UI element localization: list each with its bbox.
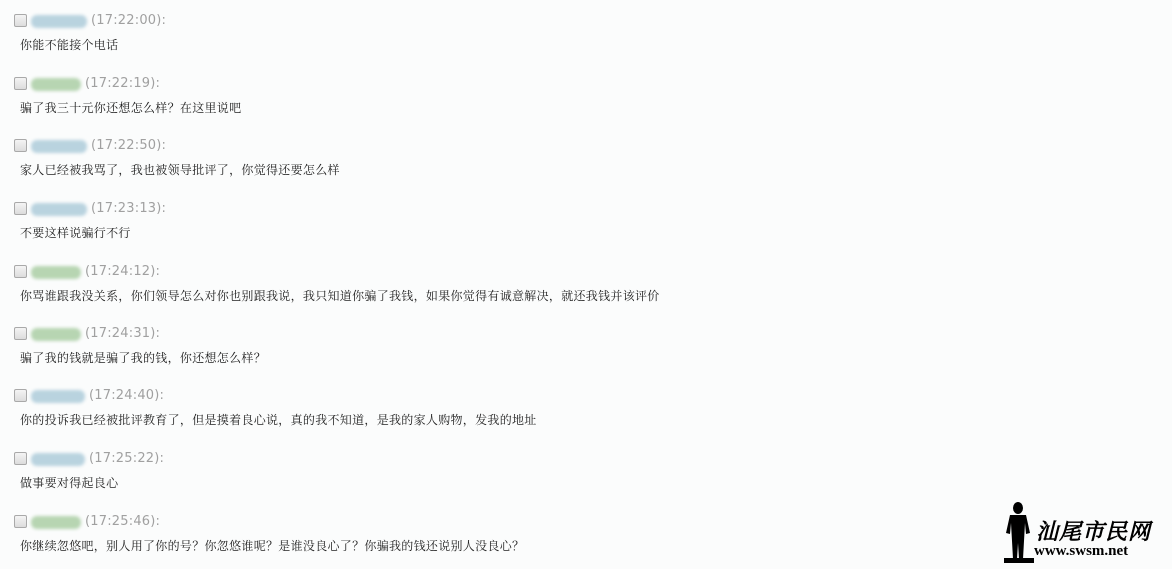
select-message-checkbox[interactable] <box>14 139 27 152</box>
person-silhouette-icon <box>1004 501 1034 563</box>
select-message-checkbox[interactable] <box>14 389 27 402</box>
watermark-url: www.swsm.net <box>1034 543 1128 560</box>
redacted-sender-name <box>31 78 81 91</box>
select-message-checkbox[interactable] <box>14 452 27 465</box>
redacted-sender-name <box>31 266 81 279</box>
redacted-sender-name <box>31 328 81 341</box>
redacted-sender-name <box>31 203 87 216</box>
chat-message: (17:24:31): 骗了我的钱就是骗了我的钱，你还想怎么样？ <box>0 321 1000 383</box>
select-message-checkbox[interactable] <box>14 77 27 90</box>
message-text: 你能不能接个电话 <box>20 36 118 53</box>
message-timestamp: (17:25:22): <box>89 451 164 466</box>
message-timestamp: (17:24:31): <box>85 326 160 341</box>
select-message-checkbox[interactable] <box>14 265 27 278</box>
redacted-sender-name <box>31 15 87 28</box>
message-timestamp: (17:22:19): <box>85 76 160 91</box>
redacted-sender-name <box>31 140 87 153</box>
message-text: 你继续忽悠吧，别人用了你的号？你忽悠谁呢？是谁没良心了？你骗我的钱还说别人没良心… <box>20 537 524 554</box>
chat-message: (17:25:22): 做事要对得起良心 <box>0 446 1000 508</box>
chat-message: (17:25:46): 你继续忽悠吧，别人用了你的号？你忽悠谁呢？是谁没良心了？… <box>0 509 1000 569</box>
message-header: (17:24:31): <box>14 324 160 342</box>
message-timestamp: (17:24:12): <box>85 264 160 279</box>
message-text: 做事要对得起良心 <box>20 474 118 491</box>
select-message-checkbox[interactable] <box>14 327 27 340</box>
message-header: (17:23:13): <box>14 199 166 217</box>
message-header: (17:24:40): <box>14 386 164 404</box>
message-text: 你的投诉我已经被批评教育了，但是摸着良心说，真的我不知道，是我的家人购物，发我的… <box>20 411 537 428</box>
redacted-sender-name <box>31 390 85 403</box>
message-text: 骗了我三十元你还想怎么样？在这里说吧 <box>20 99 241 116</box>
message-text: 骗了我的钱就是骗了我的钱，你还想怎么样？ <box>20 349 266 366</box>
message-header: (17:25:22): <box>14 449 164 467</box>
message-timestamp: (17:24:40): <box>89 388 164 403</box>
site-watermark: 汕尾市民网 www.swsm.net <box>1004 501 1162 563</box>
message-text: 你骂谁跟我没关系，你们领导怎么对你也别跟我说，我只知道你骗了我钱，如果你觉得有诚… <box>20 287 660 304</box>
message-header: (17:22:50): <box>14 136 166 154</box>
message-timestamp: (17:22:00): <box>91 13 166 28</box>
watermark-title: 汕尾市民网 <box>1036 515 1151 546</box>
select-message-checkbox[interactable] <box>14 202 27 215</box>
chat-message: (17:24:40): 你的投诉我已经被批评教育了，但是摸着良心说，真的我不知道… <box>0 383 1000 445</box>
redacted-sender-name <box>31 453 85 466</box>
chat-message: (17:22:00): 你能不能接个电话 <box>0 8 1000 70</box>
message-timestamp: (17:25:46): <box>85 514 160 529</box>
message-header: (17:25:46): <box>14 512 160 530</box>
message-timestamp: (17:23:13): <box>91 201 166 216</box>
chat-message: (17:24:12): 你骂谁跟我没关系，你们领导怎么对你也别跟我说，我只知道你… <box>0 259 1000 321</box>
redacted-sender-name <box>31 516 81 529</box>
message-header: (17:22:19): <box>14 74 160 92</box>
chat-message: (17:22:19): 骗了我三十元你还想怎么样？在这里说吧 <box>0 71 1000 133</box>
message-timestamp: (17:22:50): <box>91 138 166 153</box>
message-header: (17:24:12): <box>14 262 160 280</box>
message-header: (17:22:00): <box>14 11 166 29</box>
chat-message: (17:22:50): 家人已经被我骂了，我也被领导批评了，你觉得还要怎么样 <box>0 133 1000 195</box>
select-message-checkbox[interactable] <box>14 515 27 528</box>
select-message-checkbox[interactable] <box>14 14 27 27</box>
message-text: 家人已经被我骂了，我也被领导批评了，你觉得还要怎么样 <box>20 161 340 178</box>
message-text: 不要这样说骗行不行 <box>20 224 131 241</box>
chat-message: (17:23:13): 不要这样说骗行不行 <box>0 196 1000 258</box>
